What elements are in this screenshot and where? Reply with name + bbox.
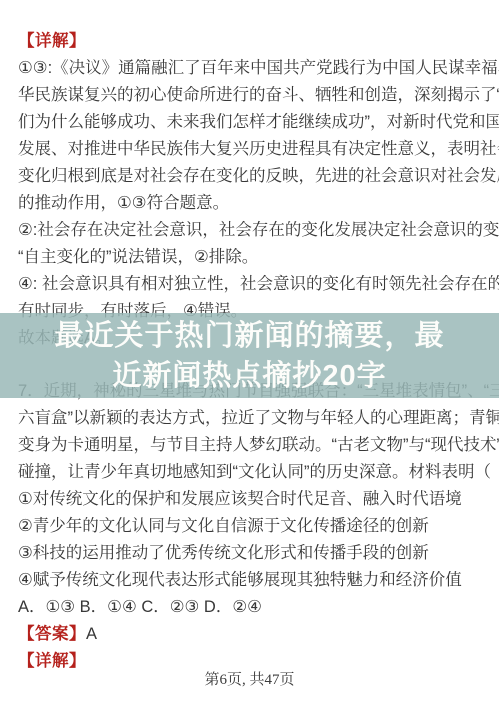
explanation-text: ①③:《决议》通篇融汇了百年来中国共产党践行为中国人民谋幸福、为中华民族谋复兴的… (18, 55, 481, 352)
question-text: 7．近期，神秘的三星堆与热门节目强强联合：“三星堆表情包”、“三星堆连拆六盲盒”… (18, 378, 481, 594)
text-line: 发展、对推进中华民族伟大复兴历史进程具有决定性意义，表明社会意识的 (18, 136, 481, 163)
text-line: ②:社会存在决定社会意识，社会存在的变化发展决定社会意识的变化发展。 (18, 217, 481, 244)
text-line: 的推动作用，①③符合题意。 (18, 190, 481, 217)
text-line: 华民族谋复兴的初心使命所进行的奋斗、牺牲和创造，深刻揭示了“过去我 (18, 82, 481, 109)
text-line: ④赋予传统文化现代表达形式能够展现其独特魅力和经济价值 (18, 567, 481, 594)
choices-row: A．①③ B．①④ C．②③ D．②④ (18, 594, 481, 621)
banner-title-line-1: 最近关于热门新闻的摘要，最 (54, 316, 444, 356)
question-block: 7．近期，神秘的三星堆与热门节目强强联合：“三星堆表情包”、“三星堆连拆六盲盒”… (18, 378, 481, 621)
text-line: ③科技的运用推动了优秀传统文化形式和传播手段的创新 (18, 540, 481, 567)
text-line: 变身为卡通明星，与节目主持人梦幻联动。“古老文物”与“现代技术”的 (18, 432, 481, 459)
text-line: ①对传统文化的保护和发展应该契合时代足音、融入时代语境 (18, 486, 481, 513)
text-line: 六盲盒”以新颖的表达方式，拉近了文物与年轻人的心理距离；青铜大立人 (18, 405, 481, 432)
answer-row: 【答案】A (18, 621, 481, 648)
text-line: “自主变化的”说法错误，②排除。 (18, 244, 481, 271)
text-line: ①③:《决议》通篇融汇了百年来中国共产党践行为中国人民谋幸福、为中 (18, 55, 481, 82)
banner-title-line-2: 近新闻热点摘抄20字 (112, 356, 386, 396)
text-line: ②青少年的文化认同与文化自信源于文化传播途径的创新 (18, 513, 481, 540)
document-page: 【详解】 ①③:《决议》通篇融汇了百年来中国共产党践行为中国人民谋幸福、为中华民… (0, 0, 499, 706)
page-number-indicator: 第6页, 共47页 (0, 668, 499, 689)
text-line: 碰撞，让青少年真切地感知到“文化认同”的历史深意。材料表明（ ） (18, 459, 481, 486)
text-line: 变化归根到底是对社会存在变化的反映，先进的社会意识对社会发展起积极 (18, 163, 481, 190)
answer-value: A (86, 625, 97, 643)
explanation-label: 【详解】 (18, 28, 481, 55)
promo-banner-overlay[interactable]: 最近关于热门新闻的摘要，最 近新闻热点摘抄20字 (0, 313, 499, 398)
text-line: ④: 社会意识具有相对独立性，社会意识的变化有时领先社会存在的变化， (18, 271, 481, 298)
answer-label: 【答案】 (18, 625, 86, 643)
text-line: 们为什么能够成功、未来我们怎样才能继续成功”，对新时代党和国家事业 (18, 109, 481, 136)
